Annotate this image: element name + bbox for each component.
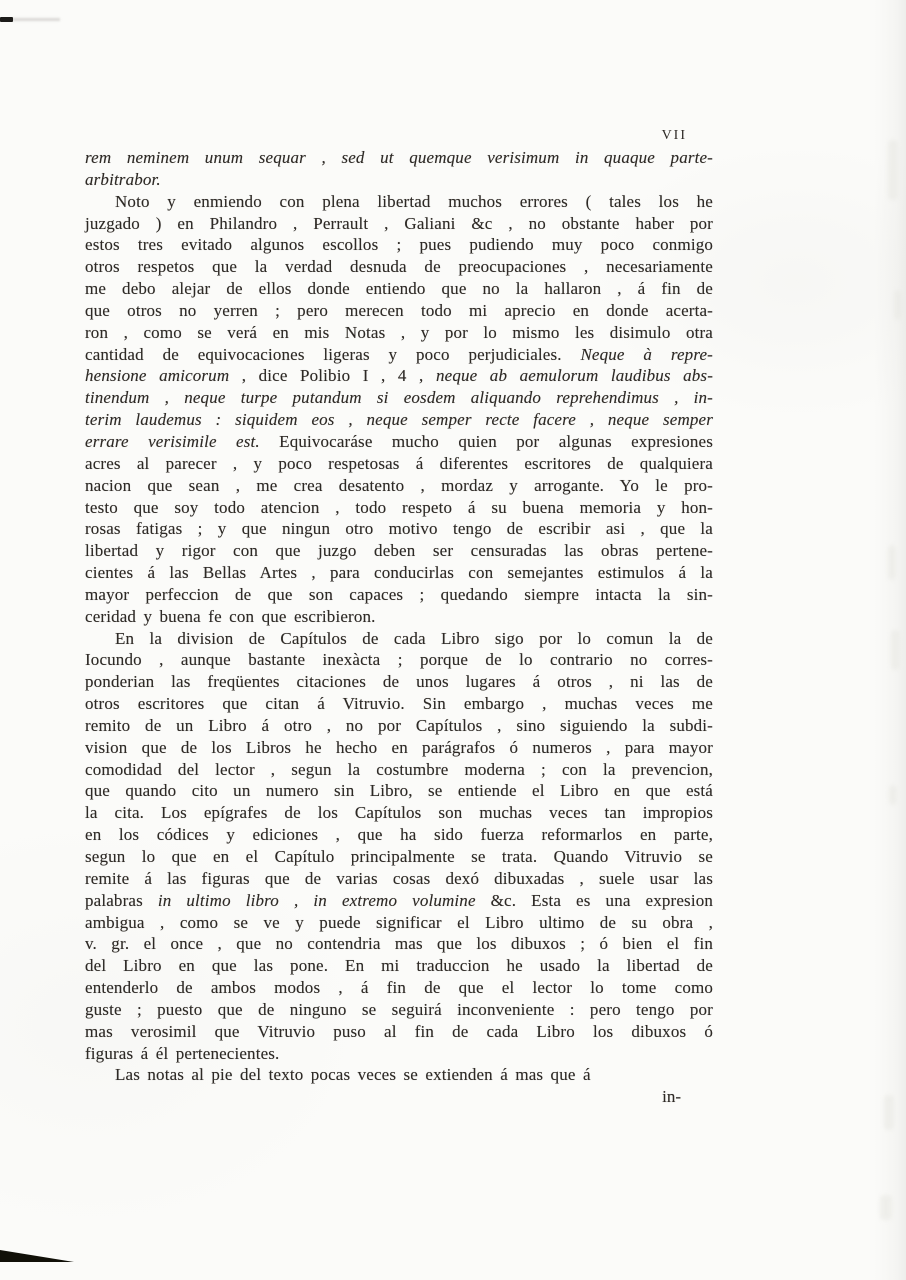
- scan-edge-smudge: [889, 785, 897, 805]
- paragraph: Las notas al pie del texto pocas veces s…: [85, 1064, 713, 1086]
- text-line: ambigua , como se ve y puede significar …: [85, 912, 713, 934]
- text-segment: ron , como se verá en mis Notas , y por …: [85, 323, 713, 342]
- text-line: rem neminem unum sequar , sed ut quemque…: [85, 147, 713, 169]
- text-segment: rosas fatigas ; y que ningun otro motivo…: [85, 519, 713, 538]
- text-column: VII rem neminem unum sequar , sed ut que…: [85, 128, 713, 1108]
- text-segment: estos tres evitado algunos escollos ; pu…: [85, 235, 713, 254]
- scan-edge-smudge: [888, 545, 896, 580]
- text-segment: nacion que sean , me crea desatento , mo…: [85, 476, 713, 495]
- scanned-book-page: VII rem neminem unum sequar , sed ut que…: [0, 0, 906, 1280]
- scan-edge-smudge: [891, 630, 900, 670]
- text-line: la cita. Los epígrafes de los Capítulos …: [85, 802, 713, 824]
- text-line: juzgado ) en Philandro , Perrault , Gali…: [85, 213, 713, 235]
- text-segment: Equivocaráse mucho quien por algunas exp…: [260, 432, 713, 451]
- text-segment: palabras: [85, 891, 158, 910]
- text-segment: , dice Polibio I , 4 ,: [229, 366, 436, 385]
- text-line: mayor perfeccion de que son capaces ; qu…: [85, 584, 713, 606]
- text-line: errare verisimile est. Equivocaráse much…: [85, 431, 713, 453]
- scan-shadow-bottom-left: [0, 1250, 74, 1262]
- text-segment: in ultimo libro , in extremo volumine: [158, 891, 476, 910]
- text-segment: Iocundo , aunque bastante inexàcta ; por…: [85, 650, 713, 669]
- paragraph: Noto y enmiendo con plena libertad mucho…: [85, 191, 713, 628]
- text-line: remite á las figuras que de varias cosas…: [85, 868, 713, 890]
- paragraph: En la division de Capítulos de cada Libr…: [85, 628, 713, 1065]
- text-segment: acres al parecer , y poco respetosas á d…: [85, 454, 713, 473]
- text-line: que otros no yerren ; pero merecen todo …: [85, 300, 713, 322]
- text-line: nacion que sean , me crea desatento , mo…: [85, 475, 713, 497]
- text-line: Las notas al pie del texto pocas veces s…: [85, 1064, 713, 1086]
- text-segment: libertad y rigor con que juzgo deben ser…: [85, 541, 713, 560]
- text-line: acres al parecer , y poco respetosas á d…: [85, 453, 713, 475]
- paragraphs-container: rem neminem unum sequar , sed ut quemque…: [85, 147, 713, 1086]
- text-line: testo que soy todo atencion , todo respe…: [85, 497, 713, 519]
- text-line: mas verosimil que Vitruvio puso al fin d…: [85, 1021, 713, 1043]
- text-segment: en los códices y ediciones , que ha sido…: [85, 825, 713, 844]
- text-segment: que quando cito un numero sin Libro, se …: [85, 781, 713, 800]
- scan-edge-smudge: [884, 1095, 894, 1130]
- text-segment: remito de un Libro á otro , no por Capít…: [85, 716, 713, 735]
- text-segment: otros respetos que la verdad desnuda de …: [85, 257, 713, 276]
- text-line: libertad y rigor con que juzgo deben ser…: [85, 540, 713, 562]
- text-segment: errare verisimile est.: [85, 432, 260, 451]
- text-segment: En la division de Capítulos de cada Libr…: [115, 629, 713, 648]
- text-line: Noto y enmiendo con plena libertad mucho…: [85, 191, 713, 213]
- text-segment: mas verosimil que Vitruvio puso al fin d…: [85, 1022, 713, 1041]
- text-line: hensione amicorum , dice Polibio I , 4 ,…: [85, 365, 713, 387]
- text-line: otros escritores que citan á Vitruvio. S…: [85, 693, 713, 715]
- page-number: VII: [85, 128, 713, 144]
- text-segment: me debo alejar de ellos donde entiendo q…: [85, 279, 713, 298]
- text-segment: rem neminem unum sequar , sed ut quemque…: [85, 148, 713, 167]
- text-line: en los códices y ediciones , que ha sido…: [85, 824, 713, 846]
- text-segment: vision que de los Libros he hecho en par…: [85, 738, 713, 757]
- text-segment: arbitrabor.: [85, 170, 161, 189]
- scan-edge-smudge: [880, 1195, 892, 1220]
- text-line: rosas fatigas ; y que ningun otro motivo…: [85, 518, 713, 540]
- text-line: del Libro en que las pone. En mi traducc…: [85, 955, 713, 977]
- text-line: entenderlo de ambos modos , á fin de que…: [85, 977, 713, 999]
- text-line: arbitrabor.: [85, 169, 713, 191]
- text-line: cientes á las Bellas Artes , para conduc…: [85, 562, 713, 584]
- text-line: tinendum , neque turpe putandum si eosde…: [85, 387, 713, 409]
- text-segment: cientes á las Bellas Artes , para conduc…: [85, 563, 713, 582]
- text-segment: Noto y enmiendo con plena libertad mucho…: [115, 192, 713, 211]
- text-line: me debo alejar de ellos donde entiendo q…: [85, 278, 713, 300]
- text-segment: entenderlo de ambos modos , á fin de que…: [85, 978, 713, 997]
- scan-mark-top-left: [0, 17, 13, 22]
- text-segment: guste ; puesto que de ninguno se seguirá…: [85, 1000, 713, 1019]
- text-segment: v. gr. el once , que no contendria mas q…: [85, 934, 713, 953]
- text-segment: la cita. Los epígrafes de los Capítulos …: [85, 803, 713, 822]
- text-line: ponderian las freqüentes citaciones de u…: [85, 671, 713, 693]
- text-segment: del Libro en que las pone. En mi traducc…: [85, 956, 713, 975]
- text-line: remito de un Libro á otro , no por Capít…: [85, 715, 713, 737]
- text-line: terim laudemus : siquidem eos , neque se…: [85, 409, 713, 431]
- text-segment: segun lo que en el Capítulo principalmen…: [85, 847, 713, 866]
- text-segment: ponderian las freqüentes citaciones de u…: [85, 672, 713, 691]
- text-line: que quando cito un numero sin Libro, se …: [85, 780, 713, 802]
- text-line: otros respetos que la verdad desnuda de …: [85, 256, 713, 278]
- paragraph: rem neminem unum sequar , sed ut quemque…: [85, 147, 713, 191]
- text-line: segun lo que en el Capítulo principalmen…: [85, 846, 713, 868]
- text-segment: tinendum , neque turpe putandum si eosde…: [85, 388, 713, 407]
- text-segment: mayor perfeccion de que son capaces ; qu…: [85, 585, 713, 604]
- text-segment: terim laudemus : siquidem eos , neque se…: [85, 410, 713, 429]
- text-segment: hensione amicorum: [85, 366, 229, 385]
- text-segment: ambigua , como se ve y puede significar …: [85, 913, 713, 932]
- text-segment: cantidad de equivocaciones ligeras y poc…: [85, 345, 580, 364]
- text-line: En la division de Capítulos de cada Libr…: [85, 628, 713, 650]
- text-segment: figuras á él pertenecientes.: [85, 1044, 279, 1063]
- text-line: ceridad y buena fe con que escribieron.: [85, 606, 713, 628]
- text-segment: neque ab aemulorum laudibus abs-: [436, 366, 713, 385]
- text-line: ron , como se verá en mis Notas , y por …: [85, 322, 713, 344]
- text-segment: otros escritores que citan á Vitruvio. S…: [85, 694, 713, 713]
- text-segment: comodidad del lector , segun la costumbr…: [85, 760, 713, 779]
- text-segment: ceridad y buena fe con que escribieron.: [85, 607, 376, 626]
- text-line: Iocundo , aunque bastante inexàcta ; por…: [85, 649, 713, 671]
- scan-mark-top-left-tail: [12, 18, 60, 21]
- text-segment: que otros no yerren ; pero merecen todo …: [85, 301, 713, 320]
- text-line: palabras in ultimo libro , in extremo vo…: [85, 890, 713, 912]
- text-segment: Neque à repre-: [580, 345, 713, 364]
- text-segment: Las notas al pie del texto pocas veces s…: [115, 1065, 591, 1084]
- text-segment: &c. Esta es una expresion: [476, 891, 713, 910]
- text-line: figuras á él pertenecientes.: [85, 1043, 713, 1065]
- text-line: vision que de los Libros he hecho en par…: [85, 737, 713, 759]
- scan-edge-smudge: [888, 140, 898, 200]
- catchword: in-: [85, 1086, 713, 1108]
- scan-edge-smudge: [894, 290, 902, 320]
- text-line: estos tres evitado algunos escollos ; pu…: [85, 234, 713, 256]
- text-segment: testo que soy todo atencion , todo respe…: [85, 498, 713, 517]
- text-segment: remite á las figuras que de varias cosas…: [85, 869, 713, 888]
- text-line: v. gr. el once , que no contendria mas q…: [85, 933, 713, 955]
- text-line: comodidad del lector , segun la costumbr…: [85, 759, 713, 781]
- text-line: cantidad de equivocaciones ligeras y poc…: [85, 344, 713, 366]
- text-line: guste ; puesto que de ninguno se seguirá…: [85, 999, 713, 1021]
- text-segment: juzgado ) en Philandro , Perrault , Gali…: [85, 214, 713, 233]
